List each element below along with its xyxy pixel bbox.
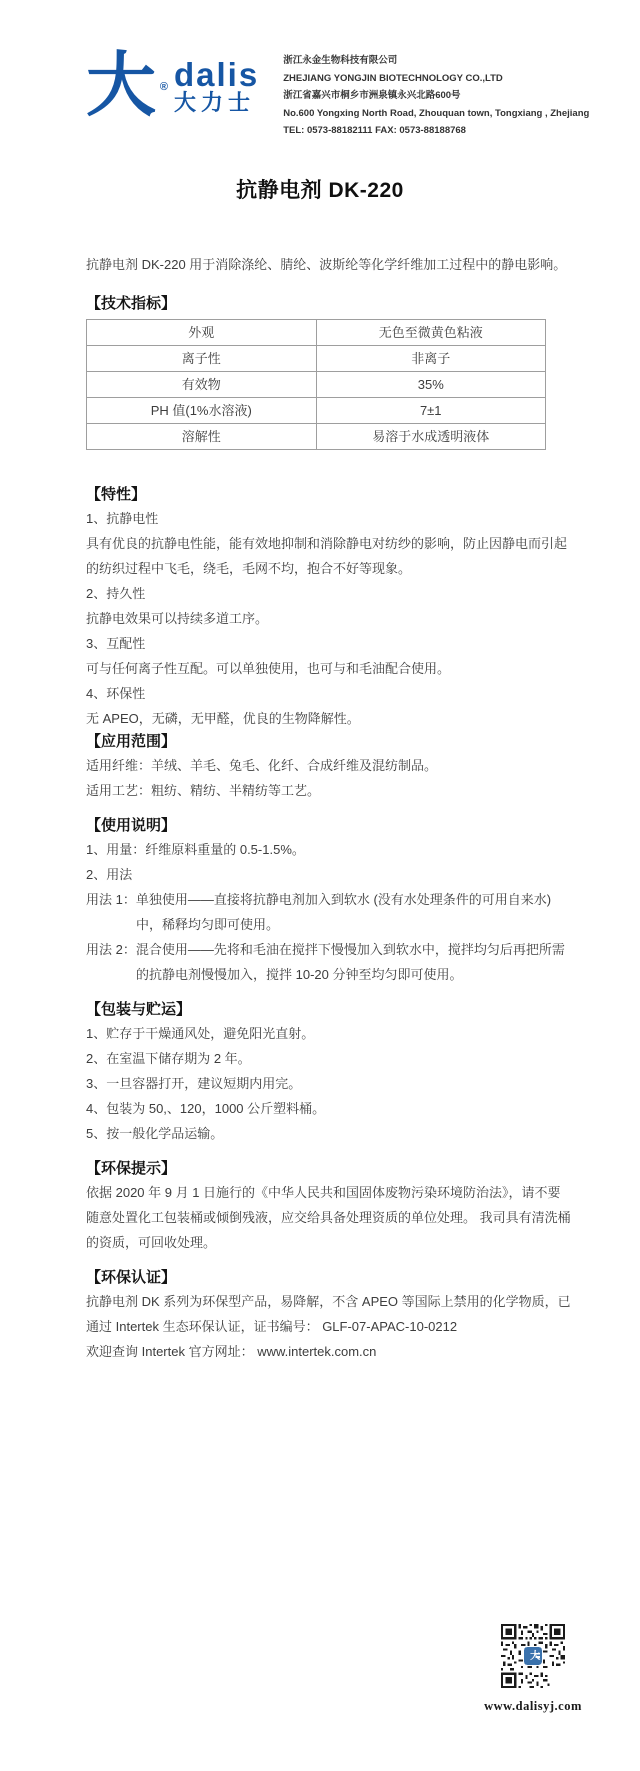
spec-value: 非离子	[316, 345, 546, 371]
spec-row: PH 值(1%水溶液) 7±1	[87, 397, 546, 423]
document-body: 抗静电剂 DK-220 用于消除涤纶、腈纶、波斯纶等化学纤维加工过程中的静电影响…	[0, 252, 640, 1364]
specs-table: 外观 无色至微黄色粘液 离子性 非离子 有效物 35% PH 值(1%水溶液) …	[86, 319, 546, 450]
spec-row: 外观 无色至微黄色粘液	[87, 319, 546, 345]
section-heading-eco-cert: 【环保认证】	[86, 1267, 572, 1289]
spec-label: 有效物	[87, 371, 317, 397]
feature-line: 无 APEO，无磷，无甲醛，优良的生物降解性。	[86, 706, 572, 731]
spec-row: 溶解性 易溶于水成透明液体	[87, 423, 546, 449]
qr-code: 大	[501, 1624, 565, 1688]
registered-mark: ®	[160, 52, 168, 122]
feature-line: 可与任何离子性互配。可以单独使用，也可与和毛油配合使用。	[86, 656, 572, 681]
dalis-logo: 大® dalis 大力士	[86, 50, 259, 120]
company-info-block: 浙江永金生物科技有限公司 ZHEJIANG YONGJIN BIOTECHNOL…	[283, 52, 589, 140]
usage-line: 1、用量：纤维原料重量的 0.5-1.5%。	[86, 837, 572, 862]
packaging-item: 1、贮存于干燥通风处，避免阳光直射。	[86, 1021, 572, 1046]
logo-name-en: dalis	[174, 60, 259, 90]
svg-text:大: 大	[530, 1649, 541, 1662]
spec-label: 溶解性	[87, 423, 317, 449]
logo-figure-icon: 大®	[86, 50, 156, 120]
logo-name-cn: 大力士	[174, 90, 259, 116]
datasheet-page: 大® dalis 大力士 浙江永金生物科技有限公司 ZHEJIANG YONGJ…	[0, 0, 640, 1771]
page-title: 抗静电剂 DK-220	[0, 174, 640, 204]
eco-notice-text: 依据 2020 年 9 月 1 日施行的《中华人民共和国固体废物污染环境防治法》…	[86, 1180, 572, 1255]
spec-label: PH 值(1%水溶液)	[87, 397, 317, 423]
spec-value: 35%	[316, 371, 546, 397]
usage-line: 2、用法	[86, 862, 572, 887]
company-name-cn: 浙江永金生物科技有限公司	[283, 52, 589, 70]
spec-label: 外观	[87, 319, 317, 345]
company-tel-fax: TEL: 0573-88182111 FAX: 0573-88188768	[283, 122, 589, 140]
packaging-item: 2、在室温下储存期为 2 年。	[86, 1046, 572, 1071]
packaging-item: 3、一旦容器打开，建议短期内用完。	[86, 1071, 572, 1096]
page-footer: 大 www.dalisyj.com	[468, 1624, 598, 1714]
feature-line: 抗静电效果可以持续多道工序。	[86, 606, 572, 631]
usage-method: 用法 2：混合使用——先将和毛油在搅拌下慢慢加入到软水中，搅拌均匀后再把所需的抗…	[86, 937, 572, 987]
section-heading-packaging: 【包装与贮运】	[86, 999, 572, 1021]
section-heading-features: 【特性】	[86, 484, 572, 506]
feature-line: 4、环保性	[86, 681, 572, 706]
website-url: www.dalisyj.com	[468, 1699, 598, 1714]
spec-value: 易溶于水成透明液体	[316, 423, 546, 449]
section-heading-usage: 【使用说明】	[86, 815, 572, 837]
company-name-en: ZHEJIANG YONGJIN BIOTECHNOLOGY CO.,LTD	[283, 70, 589, 88]
usage-method: 用法 1：单独使用——直接将抗静电剂加入到软水 (没有水处理条件的可用自来水) …	[86, 887, 572, 937]
section-heading-application: 【应用范围】	[86, 731, 572, 753]
spec-value: 7±1	[316, 397, 546, 423]
eco-cert-text: 抗静电剂 DK 系列为环保型产品，易降解，不含 APEO 等国际上禁用的化学物质…	[86, 1289, 572, 1339]
spec-row: 离子性 非离子	[87, 345, 546, 371]
intro-paragraph: 抗静电剂 DK-220 用于消除涤纶、腈纶、波斯纶等化学纤维加工过程中的静电影响…	[86, 252, 572, 277]
feature-line: 3、互配性	[86, 631, 572, 656]
spec-label: 离子性	[87, 345, 317, 371]
company-address-en: No.600 Yongxing North Road, Zhouquan tow…	[283, 105, 589, 123]
feature-line: 1、抗静电性	[86, 506, 572, 531]
feature-line: 具有优良的抗静电性能，能有效地抑制和消除静电对纺纱的影响，防止因静电而引起的纺织…	[86, 531, 572, 581]
application-line: 适用工艺：粗纺、精纺、半精纺等工艺。	[86, 778, 572, 803]
spec-row: 有效物 35%	[87, 371, 546, 397]
section-heading-specs: 【技术指标】	[86, 293, 572, 315]
feature-line: 2、持久性	[86, 581, 572, 606]
section-heading-eco-notice: 【环保提示】	[86, 1158, 572, 1180]
eco-cert-website-line: 欢迎查询 Intertek 官方网址： www.intertek.com.cn	[86, 1339, 572, 1364]
packaging-item: 5、按一般化学品运输。	[86, 1121, 572, 1146]
application-line: 适用纤维：羊绒、羊毛、兔毛、化纤、合成纤维及混纺制品。	[86, 753, 572, 778]
spec-value: 无色至微黄色粘液	[316, 319, 546, 345]
company-address-cn: 浙江省嘉兴市桐乡市洲泉镇永兴北路600号	[283, 87, 589, 105]
packaging-item: 4、包装为 50,、120，1000 公斤塑料桶。	[86, 1096, 572, 1121]
logo-wordmark: dalis 大力士	[174, 60, 259, 116]
page-header: 大® dalis 大力士 浙江永金生物科技有限公司 ZHEJIANG YONGJ…	[0, 0, 640, 140]
